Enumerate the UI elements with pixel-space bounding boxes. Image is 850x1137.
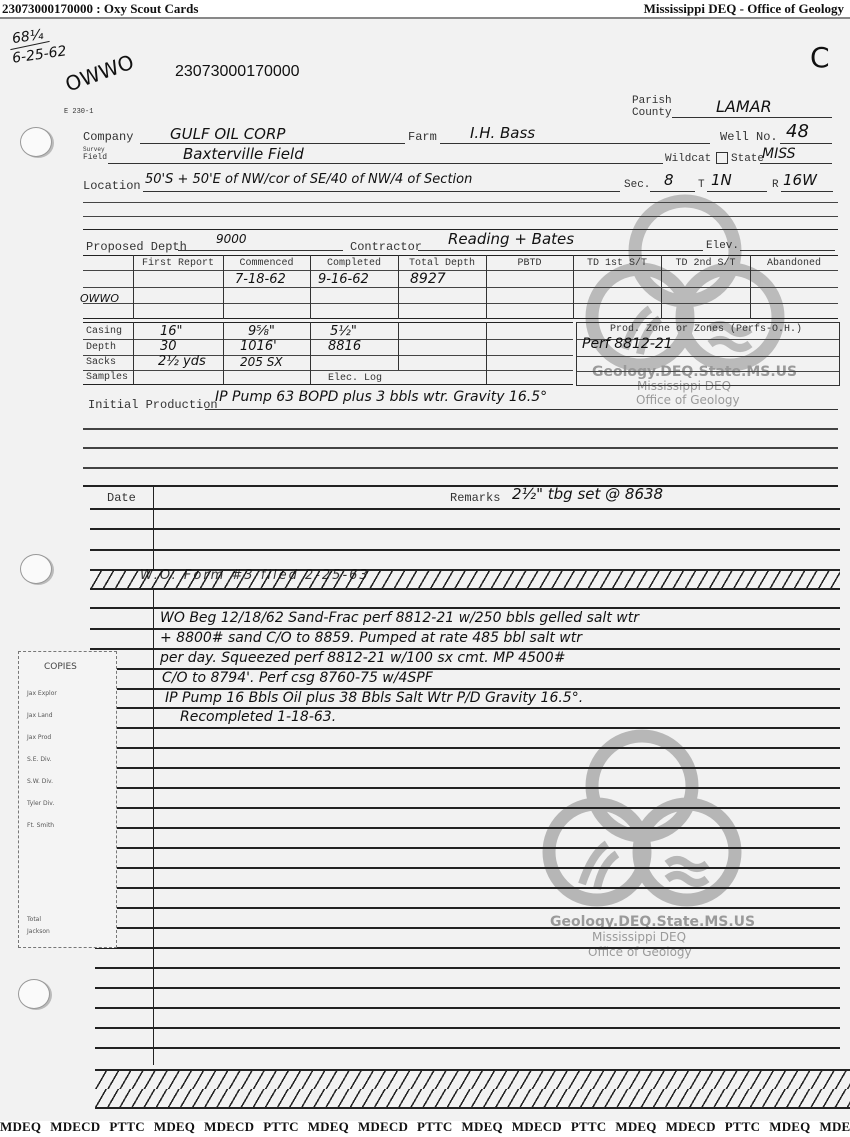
copies-box: COPIES Jax Explor Jax Land Jax Prod S.E.… [18, 651, 117, 948]
api-number: 23073000170000 [175, 63, 300, 81]
commenced-value: 7-18-62 [235, 272, 286, 287]
divider [83, 202, 838, 203]
corner-note-number: 68¼ [11, 27, 44, 47]
hatched-band-note: W.O. Form #3 filed 2-25-63 [140, 568, 370, 583]
casing-3: 5½" [330, 324, 357, 339]
copies-item-se-div: S.E. Div. [27, 756, 52, 763]
footer-token: MDECD [666, 1119, 716, 1134]
footer-token: MDECD [819, 1119, 850, 1134]
sec-value: 8 [664, 171, 674, 189]
footer-token: PTTC [417, 1119, 452, 1134]
ruled-line [95, 1047, 840, 1049]
ruled-line [95, 967, 840, 969]
ruled-line [95, 947, 840, 949]
depth-label: Depth [86, 342, 116, 353]
col-divider [398, 322, 399, 370]
sacks-1: 2½ yds [158, 354, 206, 369]
contractor-field: Reading + Bates [418, 234, 703, 251]
proposed-depth-value: 9000 [216, 232, 247, 246]
agency-title: Mississippi DEQ - Office of Geology [644, 1, 844, 17]
casing-1: 16" [160, 324, 183, 339]
page-footer: MDEQMDECDPTTCMDEQMDECDPTTCMDEQMDECDPTTCM… [0, 1119, 850, 1137]
farm-value: I.H. Bass [470, 124, 535, 142]
location-label: Location [83, 179, 141, 193]
ruled-line [83, 467, 838, 469]
workover-line-6: Recompleted 1-18-63. [180, 709, 336, 725]
ruled-line [95, 787, 840, 789]
table-rule [83, 303, 838, 304]
range-field: 16W [781, 174, 833, 192]
box-rule [577, 371, 839, 372]
scout-card-image: Geology.DEQ.State.MS.US Mississippi DEQ … [0, 17, 850, 1121]
hatched-band-bottom [95, 1089, 850, 1109]
company-label: Company [83, 130, 133, 144]
company-value: GULF OIL CORP [170, 125, 285, 143]
sec-label: Sec. [624, 179, 650, 191]
company-field: GULF OIL CORP [140, 127, 405, 144]
ruled-line [90, 607, 840, 609]
initial-production-field: IP Pump 63 BOPD plus 3 bbls wtr. Gravity… [205, 391, 838, 410]
binder-hole [20, 127, 52, 157]
col-divider [310, 322, 311, 384]
ruled-line [90, 727, 840, 729]
ruled-line [95, 887, 840, 889]
col-divider [133, 322, 134, 384]
copies-item-tyler-div: Tyler Div. [27, 800, 54, 807]
footer-token: MDEQ [769, 1119, 810, 1134]
remarks-label: Remarks [450, 491, 500, 505]
ruled-line [90, 549, 840, 551]
footer-token: MDECD [50, 1119, 100, 1134]
copies-item-total: Total [27, 916, 41, 923]
well-no-field: 48 [780, 127, 832, 144]
casing-label: Casing [86, 326, 122, 337]
col-divider [223, 322, 224, 384]
initial-production-label: Initial Production [88, 398, 218, 412]
range-value: 16W [783, 171, 817, 189]
copies-title: COPIES [44, 662, 77, 672]
box-rule [577, 356, 839, 357]
table-rule [83, 355, 573, 356]
col-header-abandoned: Abandoned [750, 258, 838, 269]
footer-token: PTTC [109, 1119, 144, 1134]
workover-line-4: C/O to 8794'. Perf csg 8760-75 w/4SPF [162, 670, 433, 686]
ruled-line [95, 807, 840, 809]
proposed-depth-label: Proposed Depth [86, 240, 187, 254]
wildcat-checkbox[interactable] [716, 152, 728, 164]
ruled-line [95, 1027, 840, 1029]
col-divider [486, 322, 487, 384]
ruled-line [95, 827, 840, 829]
copies-item-jax-explor: Jax Explor [27, 690, 57, 697]
wildcat-label: Wildcat [665, 153, 711, 165]
table-rule [83, 287, 838, 288]
ruled-line [95, 1007, 840, 1009]
township-value: 1N [711, 171, 732, 189]
depth-3: 8816 [328, 339, 361, 354]
footer-token: MDECD [512, 1119, 562, 1134]
watermark-agency: Mississippi DEQ [592, 930, 686, 944]
county-label: County [632, 107, 672, 119]
ruled-line [95, 907, 840, 909]
table-border [83, 318, 838, 319]
mdeq-logo-watermark-icon [542, 724, 742, 924]
corner-letter: C [810, 41, 830, 74]
ruled-line [95, 867, 840, 869]
footer-token: MDEQ [0, 1119, 41, 1134]
footer-token: MDECD [204, 1119, 254, 1134]
col-header-td-2nd: TD 2nd S/T [661, 258, 750, 269]
well-no-label: Well No. [720, 130, 778, 144]
completed-value: 9-16-62 [318, 272, 369, 287]
location-field: 50'S + 50'E of NW/cor of SE/40 of NW/4 o… [143, 174, 620, 192]
ruled-line [95, 927, 840, 929]
sacks-2: 205 SX [240, 355, 283, 369]
workover-line-5: IP Pump 16 Bbls Oil plus 38 Bbls Salt Wt… [165, 690, 583, 706]
copies-item-ft-smith: Ft. Smith [27, 822, 54, 829]
remarks-value: 2½" tbg set @ 8638 [512, 485, 663, 503]
elec-log-label: Elec. Log [328, 373, 382, 384]
field-label: Field [83, 153, 107, 162]
footer-token: PTTC [263, 1119, 298, 1134]
table-rule [83, 370, 573, 371]
footer-token: MDEQ [462, 1119, 503, 1134]
survey-label: Survey [83, 146, 105, 153]
sec-field: 8 [650, 174, 695, 192]
farm-label: Farm [408, 130, 437, 144]
ruled-line [90, 508, 840, 510]
parish-label: Parish [632, 95, 672, 107]
county-field: LAMAR [672, 101, 832, 118]
township-field: 1N [707, 174, 767, 192]
field-value: Baxterville Field [183, 145, 304, 163]
ruled-line [95, 987, 840, 989]
col-header-completed: Completed [310, 258, 398, 269]
table-rule [83, 270, 838, 271]
farm-field: I.H. Bass [440, 127, 710, 144]
ruled-line [83, 485, 838, 487]
footer-token: PTTC [571, 1119, 606, 1134]
range-label: R [772, 179, 779, 191]
contractor-value: Reading + Bates [448, 230, 574, 248]
state-field: MISS [760, 148, 832, 164]
hatched-band-bottom [95, 1069, 850, 1091]
workover-line-2: + 8800# sand C/O to 8859. Pumped at rate… [160, 630, 582, 646]
form-code: E 230-1 [64, 108, 93, 116]
total-depth-value: 8927 [410, 271, 446, 287]
samples-label: Samples [86, 372, 128, 383]
county-value: LAMAR [716, 97, 772, 116]
prod-zone-label: Prod. Zone or Zones (Perfs-O.H.) [610, 324, 802, 335]
binder-hole [18, 979, 50, 1009]
ruled-line [83, 447, 838, 449]
prod-zone-value: Perf 8812-21 [582, 336, 673, 352]
contractor-label: Contractor [350, 240, 422, 254]
workover-line-1: WO Beg 12/18/62 Sand-Frac perf 8812-21 w… [160, 610, 639, 626]
well-no-value: 48 [786, 121, 809, 142]
divider [83, 216, 838, 217]
copies-item-jax-prod: Jax Prod [27, 734, 51, 741]
initial-production-value: IP Pump 63 BOPD plus 3 bbls wtr. Gravity… [215, 389, 547, 405]
binder-hole [20, 554, 52, 584]
workover-line-3: per day. Squeezed perf 8812-21 w/100 sx … [160, 650, 565, 666]
col-header-td-1st: TD 1st S/T [573, 258, 661, 269]
township-label: T [698, 179, 705, 191]
table-border [83, 384, 573, 385]
copies-item-jax-land: Jax Land [27, 712, 53, 719]
footer-token: MDEQ [154, 1119, 195, 1134]
date-label: Date [107, 491, 136, 505]
ruled-line [95, 767, 840, 769]
footer-token: MDECD [358, 1119, 408, 1134]
table-border [83, 255, 838, 256]
footer-token: MDEQ [615, 1119, 656, 1134]
ruled-line [90, 528, 840, 530]
col-header-pbtd: PBTD [486, 258, 573, 269]
sacks-label: Sacks [86, 357, 116, 368]
elev-label: Elev. [706, 240, 739, 252]
ruled-line [95, 747, 840, 749]
owwo-stamp: OWWO [62, 50, 137, 97]
footer-token: MDEQ [308, 1119, 349, 1134]
proposed-depth-field: 9000 [178, 234, 343, 251]
ruled-line [95, 847, 840, 849]
copies-item-jackson: Jackson [27, 928, 50, 935]
copies-item-sw-div: S.W. Div. [27, 778, 53, 785]
col-header-commenced: Commenced [223, 258, 310, 269]
elev-field [740, 234, 835, 251]
col-header-first-report: First Report [133, 258, 223, 269]
table-border [83, 322, 573, 323]
casing-2: 9⅝" [248, 324, 275, 339]
field-field: Baxterville Field [108, 148, 663, 164]
ruled-line [83, 428, 838, 430]
state-value: MISS [762, 146, 795, 162]
depth-2: 1016' [240, 339, 277, 354]
col-header-total-depth: Total Depth [398, 258, 486, 269]
footer-token: PTTC [725, 1119, 760, 1134]
document-title: 23073000170000 : Oxy Scout Cards [2, 1, 198, 17]
dates-row-label: OWWO [80, 292, 119, 305]
page-header: 23073000170000 : Oxy Scout Cards Mississ… [0, 0, 850, 17]
depth-1: 30 [160, 339, 177, 354]
location-value: 50'S + 50'E of NW/cor of SE/40 of NW/4 o… [145, 172, 472, 187]
